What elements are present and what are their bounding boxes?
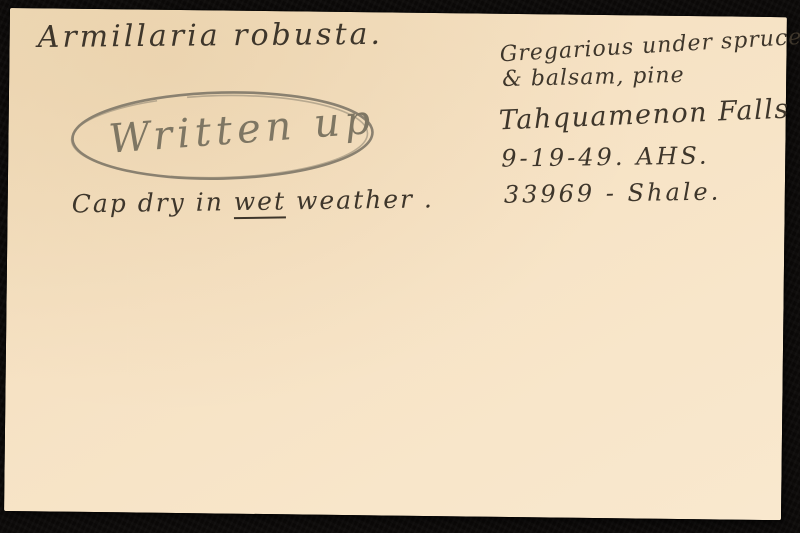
habitat-line-1: Gregarious under spruce xyxy=(499,25,800,68)
habitat-line-2: & balsam, pine xyxy=(502,63,685,92)
collection-number-line: 33969 - Shale. xyxy=(504,178,722,209)
cap-note-suffix: weather . xyxy=(286,184,434,215)
index-card: Armillaria robusta. Written up Cap dry i… xyxy=(4,8,787,520)
cap-note-prefix: Cap dry in xyxy=(72,187,234,218)
locality-line: Tahquamenon Falls xyxy=(498,94,790,137)
cap-dry-note: Cap dry in wet weather . xyxy=(72,184,435,218)
date-collector-line: 9-19-49. AHS. xyxy=(501,142,710,173)
cap-note-underlined-word: wet xyxy=(234,186,287,219)
species-title: Armillaria robusta. xyxy=(38,17,384,55)
